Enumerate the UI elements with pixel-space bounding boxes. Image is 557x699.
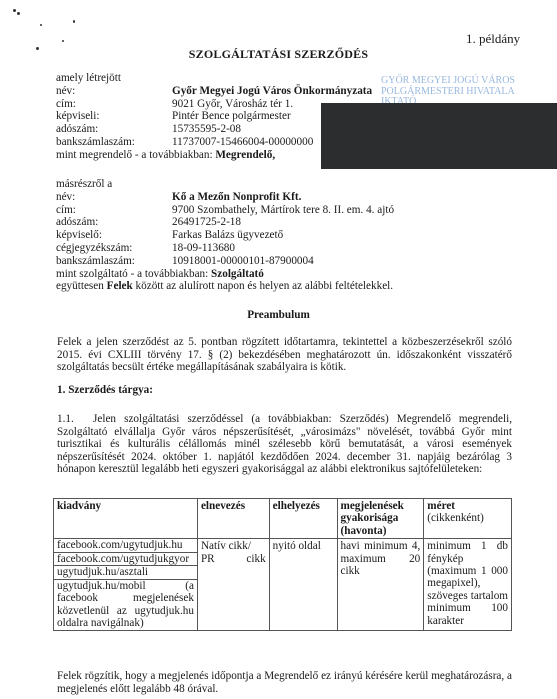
cell-meret: minimum 1 db fénykép (maximum 1 000 mega… xyxy=(424,539,512,630)
cell-kiadvany: facebook.com/ugytudjuk.hu facebook.com/u… xyxy=(54,539,198,630)
header-elnevezes: elnevezés xyxy=(197,499,269,539)
intro-text: másrészről a xyxy=(56,178,112,191)
scan-speck xyxy=(62,40,64,42)
field-value: 26491725-2-18 xyxy=(172,216,241,229)
field-value: 10918001-00000101-87900004 xyxy=(172,255,314,268)
field-row: cím: 9700 Szombathely, Mártírok tere 8. … xyxy=(56,204,394,217)
header-meret-sub: (cikkenként) xyxy=(427,512,484,524)
publication-table: kiadvány elnevezés elhelyezés megjelenés… xyxy=(53,498,512,631)
party-intro: amely létrejött xyxy=(56,72,372,85)
field-value: Pintér Bence polgármester xyxy=(172,110,291,123)
closing-text: Felek rögzítik, hogy a megjelenés időpon… xyxy=(57,670,512,695)
preamble-text: Felek a jelen szerződést az 5. pontban r… xyxy=(57,336,512,374)
header-meret: méret (cikkenként) xyxy=(424,499,512,539)
table-header-row: kiadvány elnevezés elhelyezés megjelenés… xyxy=(54,499,512,539)
field-row: név: Kő a Mezőn Nonprofit Kft. xyxy=(56,191,394,204)
field-value: Kő a Mezőn Nonprofit Kft. xyxy=(172,191,301,204)
together-bold: Felek xyxy=(107,280,133,293)
redaction-box xyxy=(321,103,557,169)
header-meret-label: méret xyxy=(427,500,455,512)
section-1-heading: 1. Szerződés tárgya: xyxy=(57,384,153,397)
kiadvany-item: ugytudjuk.hu/mobil (a facebook megjelené… xyxy=(54,580,197,630)
role-prefix: mint megrendelő - a továbbiakban: xyxy=(56,149,215,162)
kiadvany-item: ugytudjuk.hu/asztali xyxy=(54,566,197,580)
together-prefix: együttesen xyxy=(56,280,107,293)
field-value: 11737007-15466004-00000000 xyxy=(172,136,313,149)
field-label: cím: xyxy=(56,98,172,111)
party-provider: másrészről a név: Kő a Mezőn Nonprofit K… xyxy=(56,178,394,293)
cell-elhelyezes: nyitó oldal xyxy=(269,539,337,630)
field-row: bankszámlaszám: 10918001-00000101-879000… xyxy=(56,255,394,268)
scan-speck xyxy=(40,24,42,26)
role-line: mint szolgáltató - a továbbiakban: Szolg… xyxy=(56,268,394,281)
field-label: képviselő: xyxy=(56,229,172,242)
copy-label: 1. példány xyxy=(466,33,520,46)
cell-elnevezes: Natív cikk/ PR cikk xyxy=(197,539,269,630)
field-label: adószám: xyxy=(56,123,172,136)
field-label: képviseli: xyxy=(56,110,172,123)
together-suffix: között az alulírott napon és helyen az a… xyxy=(133,280,393,293)
field-value: 9700 Szombathely, Mártírok tere 8. II. e… xyxy=(172,204,394,217)
role-name: Megrendelő, xyxy=(215,149,275,162)
field-label: cégjegyzékszám: xyxy=(56,242,172,255)
party-intro: másrészről a xyxy=(56,178,394,191)
field-label: bankszámlaszám: xyxy=(56,136,172,149)
role-name: Szolgáltató xyxy=(211,268,264,281)
field-row: név: Győr Megyei Jogú Város Önkormányzat… xyxy=(56,85,372,98)
document-title: SZOLGÁLTATÁSI SZERZŐDÉS xyxy=(0,48,557,61)
header-elhelyezes: elhelyezés xyxy=(269,499,337,539)
intro-text: amely létrejött xyxy=(56,72,121,85)
preamble-heading: Preambulum xyxy=(0,309,557,322)
field-label: cím: xyxy=(56,204,172,217)
together-line: együttesen Felek között az alulírott nap… xyxy=(56,280,394,293)
scan-speck xyxy=(73,20,75,23)
role-prefix: mint szolgáltató - a továbbiakban: xyxy=(56,268,211,281)
clause-1-1: 1.1. Jelen szolgáltatási szerződéssel (a… xyxy=(57,413,512,476)
cell-gyakorisag: havi minimum 4, maximum 20 cikk xyxy=(337,539,424,630)
field-value: 9021 Győr, Városház tér 1. xyxy=(172,98,293,111)
field-label: név: xyxy=(56,191,172,204)
header-kiadvany: kiadvány xyxy=(54,499,198,539)
field-row: cégjegyzékszám: 18-09-113680 xyxy=(56,242,394,255)
field-label: név: xyxy=(56,85,172,98)
field-row: képviselő: Farkas Balázs ügyvezető xyxy=(56,229,394,242)
header-gyakorisag: megjelenések gyakorisága (havonta) xyxy=(337,499,424,539)
field-label: adószám: xyxy=(56,216,172,229)
field-value: Győr Megyei Jogú Város Önkormányzata xyxy=(172,85,372,98)
scan-speck xyxy=(17,12,20,15)
scan-speck xyxy=(13,9,16,12)
field-value: 15735595-2-08 xyxy=(172,123,241,136)
stamp-line: GYŐR MEGYEI JOGÚ VÁROS xyxy=(381,76,515,87)
table-row: facebook.com/ugytudjuk.hu facebook.com/u… xyxy=(54,539,512,630)
field-value: 18-09-113680 xyxy=(172,242,235,255)
field-row: adószám: 26491725-2-18 xyxy=(56,216,394,229)
field-value: Farkas Balázs ügyvezető xyxy=(172,229,283,242)
kiadvany-item: facebook.com/ugytudjukgyor xyxy=(54,553,197,567)
kiadvany-item: facebook.com/ugytudjuk.hu xyxy=(54,539,197,553)
field-label: bankszámlaszám: xyxy=(56,255,172,268)
